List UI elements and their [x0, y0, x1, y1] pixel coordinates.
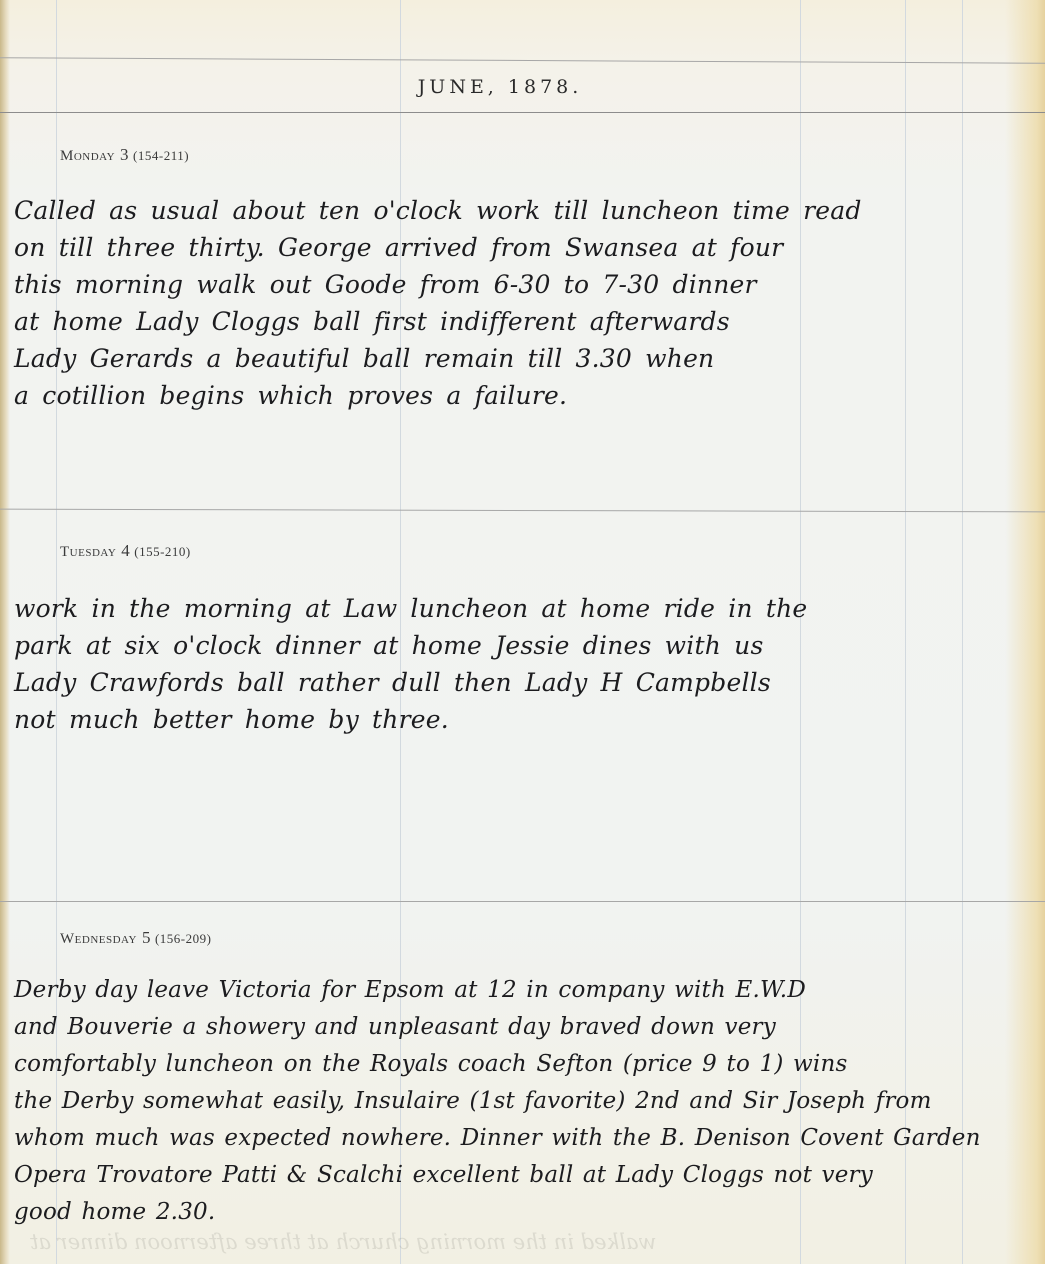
day-name: Monday — [60, 148, 115, 164]
day-label-monday: Monday3(154-211) — [60, 145, 189, 165]
diary-page: JUNE, 1878. Monday3(154-211) Called as u… — [0, 0, 1045, 1264]
entry-line: on till three thirty. George arrived fro… — [14, 229, 1034, 266]
day-label-tuesday: Tuesday4(155-210) — [60, 541, 191, 561]
binding-edge — [0, 0, 10, 1264]
day-number: 3 — [120, 145, 129, 164]
diary-entry-tuesday: work in the morning at Law luncheon at h… — [14, 590, 1034, 738]
entry-line: Lady Gerards a beautiful ball remain til… — [14, 340, 1034, 377]
entry-line: Lady Crawfords ball rather dull then Lad… — [14, 664, 1034, 701]
entry-line: park at six o'clock dinner at home Jessi… — [14, 627, 1034, 664]
diary-entry-monday: Called as usual about ten o'clock work t… — [14, 192, 1034, 414]
entry-line: work in the morning at Law luncheon at h… — [14, 590, 1034, 627]
header-rule-bottom — [0, 112, 1045, 113]
section-divider — [0, 901, 1045, 902]
day-of-year-range: (155-210) — [134, 544, 191, 559]
entry-line: at home Lady Cloggs ball first indiffere… — [14, 303, 1034, 340]
entry-line: Opera Trovatore Patti & Scalchi excellen… — [14, 1157, 1034, 1194]
day-of-year-range: (154-211) — [133, 148, 189, 163]
day-number: 4 — [121, 541, 130, 560]
day-name: Tuesday — [60, 544, 116, 560]
entry-line: Called as usual about ten o'clock work t… — [14, 192, 1034, 229]
diary-entry-wednesday: Derby day leave Victoria for Epsom at 12… — [14, 972, 1034, 1231]
day-label-wednesday: Wednesday5(156-209) — [60, 928, 211, 948]
entry-line: a cotillion begins which proves a failur… — [14, 377, 1034, 414]
day-name: Wednesday — [60, 931, 137, 947]
entry-line: and Bouverie a showery and unpleasant da… — [14, 1009, 1034, 1046]
entry-line: not much better home by three. — [14, 701, 1034, 738]
section-divider — [0, 509, 1045, 513]
entry-line: good home 2.30. — [14, 1194, 1034, 1231]
page-title: JUNE, 1878. — [0, 76, 1000, 98]
entry-line: Derby day leave Victoria for Epsom at 12… — [14, 972, 1034, 1009]
day-number: 5 — [142, 928, 151, 947]
entry-line: whom much was expected nowhere. Dinner w… — [14, 1120, 1034, 1157]
day-of-year-range: (156-209) — [155, 931, 212, 946]
entry-line: comfortably luncheon on the Royals coach… — [14, 1046, 1034, 1083]
entry-line: the Derby somewhat easily, Insulaire (1s… — [14, 1083, 1034, 1120]
entry-line: this morning walk out Goode from 6-30 to… — [14, 266, 1034, 303]
header-rule-top — [0, 57, 1045, 63]
